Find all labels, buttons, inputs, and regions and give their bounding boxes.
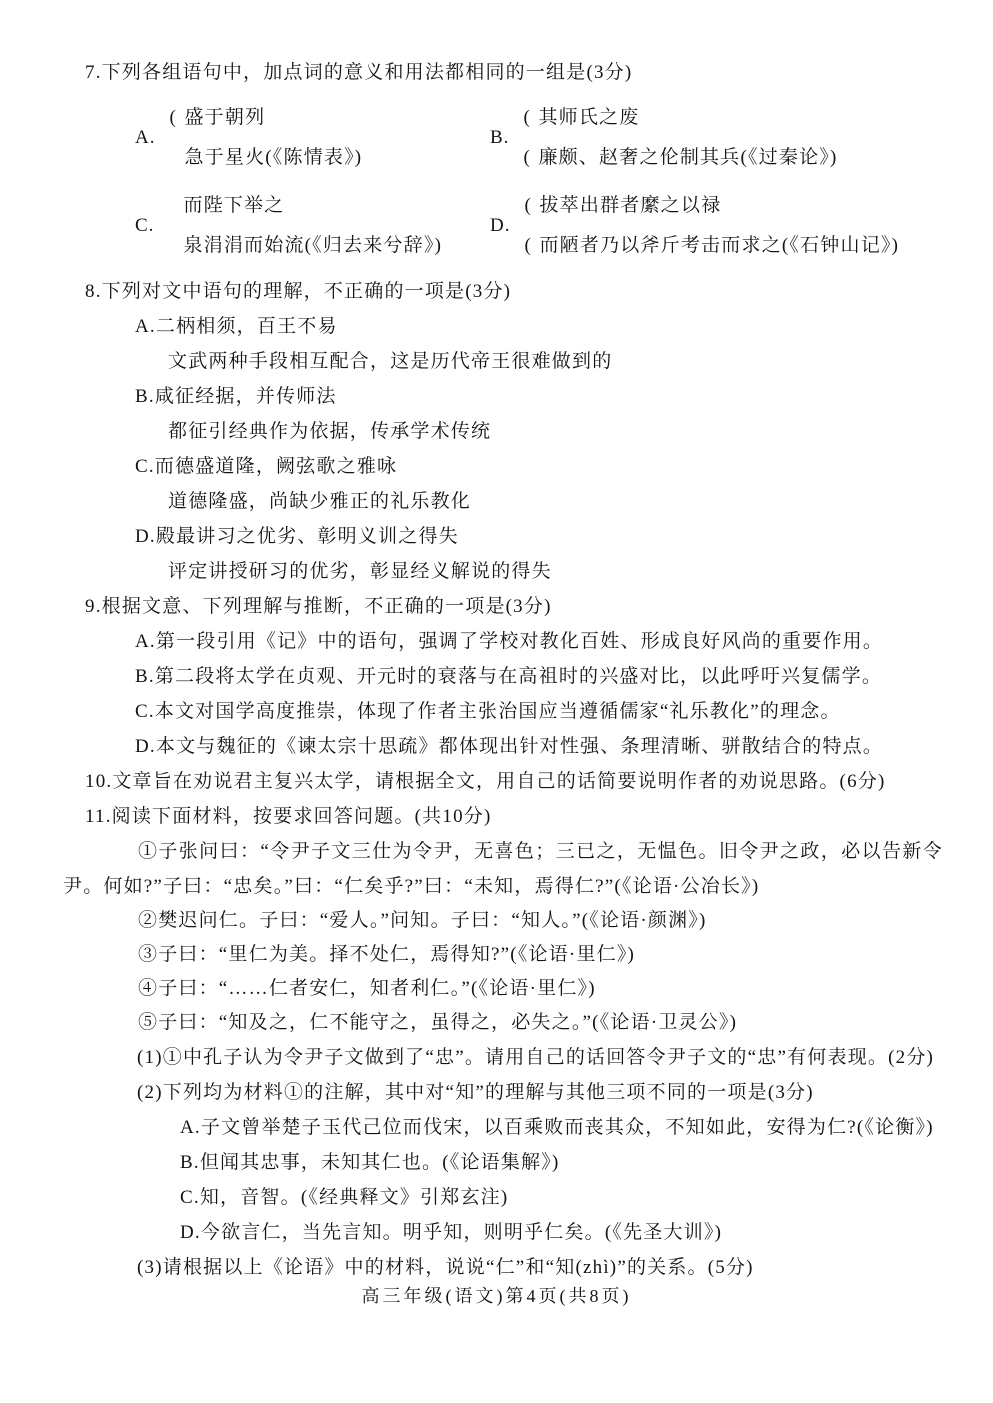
q7-b-line1-text: 其师氏之废 [538,107,639,128]
q7-option-a-lines: (盛于朝列 急于星火(《陈情表》) [169,98,362,178]
q7-c-line1-text: 而陛下举之 [183,195,284,216]
exam-paper-page: 7.下列各组语句中，加点词的意义和用法都相同的一组是(3分) A. (盛于朝列 … [0,0,993,1403]
q7-option-c-lines: 而陛下举之 泉涓涓而始流(《归去来兮辞》) [168,186,442,266]
q7-option-c: C. 而陛下举之 泉涓涓而始流(《归去来兮辞》) [135,186,490,266]
q9-option-b: B.第二段将太学在贞观、开元时的衰落与在高祖时的兴盛对比，以此呼吁兴复儒学。 [63,659,943,694]
q7-stem: 7.下列各组语句中，加点词的意义和用法都相同的一组是(3分) [63,55,943,90]
q9-stem: 9.根据文意、下列理解与推断，不正确的一项是(3分) [63,589,943,624]
q8-stem: 8.下列对文中语句的理解，不正确的一项是(3分) [63,274,943,309]
q8-option-c-sub: 道德隆盛，尚缺少雅正的礼乐教化 [63,484,943,519]
page-footer: 高三年级(语文)第4页(共8页) [0,1282,993,1308]
q8-option-c-head: C.而德盛道隆，阙弦歌之雅咏 [63,449,943,484]
q11-subq1: (1)①中孔子认为令尹子文做到了“忠”。请用自己的话回答令尹子文的“忠”有何表现… [63,1040,943,1075]
q11-material-4: ④子曰：“……仁者安仁，知者利仁。”(《论语·里仁》) [63,972,943,1006]
q8-option-d-sub: 评定讲授研习的优劣，彰显经义解说的得失 [63,554,943,589]
option-label-d: D. [490,215,510,237]
q8-option-d-head: D.殿最讲习之优劣、彰明义训之得失 [63,519,943,554]
q7-a-line2-text: 急于星火(《陈情表》) [184,147,362,168]
q7-c-line2-text: 泉涓涓而始流(《归去来兮辞》) [183,235,442,256]
q8-option-b-sub: 都征引经典作为依据，传承学术传统 [63,414,943,449]
q7-d-line2: (而陋者乃以斧斤考击而求之(《石钟山记》) [524,226,899,266]
q11-subq2-option-a: A.子文曾举楚子玉代己位而伐宋，以百乘败而丧其众，不知如此，安得为仁?(《论衡》… [63,1110,943,1145]
q7-row-cd: C. 而陛下举之 泉涓涓而始流(《归去来兮辞》) D. (拔萃出群者縻之以禄 (… [63,186,943,266]
q8-option-b-head: B.咸征经据，并传师法 [63,379,943,414]
q11-subq2: (2)下列均为材料①的注解，其中对“知”的理解与其他三项不同的一项是(3分) [63,1075,943,1110]
q9-option-d: D.本文与魏征的《谏太宗十思疏》都体现出针对性强、条理清晰、骈散结合的特点。 [63,729,943,764]
q11-subq2-option-c: C.知，音智。(《经典释文》引郑玄注) [63,1180,943,1215]
q7-option-d: D. (拔萃出群者縻之以禄 (而陋者乃以斧斤考击而求之(《石钟山记》) [490,186,899,266]
q11-material-2: ②樊迟问仁。子曰：“爱人。”问知。子曰：“知人。”(《论语·颜渊》) [63,904,943,938]
q7-option-b-lines: (其师氏之废 (廉颇、赵奢之伦制其兵(《过秦论》) [523,98,837,178]
option-label-b: B. [490,127,509,149]
q8-option-a-sub: 文武两种手段相互配合，这是历代帝王很难做到的 [63,344,943,379]
q11-subq2-option-b: B.但闻其忠事，未知其仁也。(《论语集解》) [63,1145,943,1180]
q7-c-line2: 泉涓涓而始流(《归去来兮辞》) [168,226,442,266]
q7-d-line1: (拔萃出群者縻之以禄 [524,186,899,226]
q7-option-b: B. (其师氏之废 (廉颇、赵奢之伦制其兵(《过秦论》) [490,98,838,178]
q7-option-a: A. (盛于朝列 急于星火(《陈情表》) [135,98,490,178]
q7-b-line2-text: 廉颇、赵奢之伦制其兵(《过秦论》) [538,147,837,168]
brace-glyph: ( [523,98,533,138]
brace-glyph: ( [169,98,179,138]
q7-option-d-lines: (拔萃出群者縻之以禄 (而陋者乃以斧斤考击而求之(《石钟山记》) [524,186,899,266]
q11-material-1: ①子张问曰：“令尹子文三仕为令尹，无喜色；三已之，无愠色。旧令尹之政，必以告新令… [63,834,943,904]
q7-d-line2-text: 而陋者乃以斧斤考击而求之(《石钟山记》) [539,235,899,256]
q11-material-3: ③子曰：“里仁为美。择不处仁，焉得知?”(《论语·里仁》) [63,938,943,972]
brace-glyph: ( [523,138,533,178]
q11-material-5: ⑤子曰：“知及之，仁不能守之，虽得之，必失之。”(《论语·卫灵公》) [63,1006,943,1040]
brace-glyph: ( [524,226,534,266]
option-label-c: C. [135,215,154,237]
q7-a-line1: (盛于朝列 [169,98,362,138]
q9-option-a: A.第一段引用《记》中的语句，强调了学校对教化百姓、形成良好风尚的重要作用。 [63,624,943,659]
q11-stem: 11.阅读下面材料，按要求回答问题。(共10分) [63,799,943,834]
q11-subq3: (3)请根据以上《论语》中的材料，说说“仁”和“知(zhì)”的关系。(5分) [63,1250,943,1285]
q9-option-c: C.本文对国学高度推崇，体现了作者主张治国应当遵循儒家“礼乐教化”的理念。 [63,694,943,729]
q7-d-line1-text: 拔萃出群者縻之以禄 [539,195,721,216]
q7-b-line1: (其师氏之废 [523,98,837,138]
page-content: 7.下列各组语句中，加点词的意义和用法都相同的一组是(3分) A. (盛于朝列 … [63,55,943,1285]
q7-a-line1-text: 盛于朝列 [184,107,265,128]
q7-row-ab: A. (盛于朝列 急于星火(《陈情表》) B. (其师氏之废 (廉颇、赵奢之伦制… [63,98,943,178]
option-label-a: A. [135,127,155,149]
q7-a-line2: 急于星火(《陈情表》) [169,138,362,178]
brace-glyph: ( [524,186,534,226]
q7-c-line1: 而陛下举之 [168,186,442,226]
q8-option-a-head: A.二柄相须，百王不易 [63,309,943,344]
q10-stem: 10.文章旨在劝说君主复兴太学，请根据全文，用自己的话简要说明作者的劝说思路。(… [63,764,943,799]
q11-subq2-option-d: D.今欲言仁，当先言知。明乎知，则明乎仁矣。(《先圣大训》) [63,1215,943,1250]
q7-b-line2: (廉颇、赵奢之伦制其兵(《过秦论》) [523,138,837,178]
